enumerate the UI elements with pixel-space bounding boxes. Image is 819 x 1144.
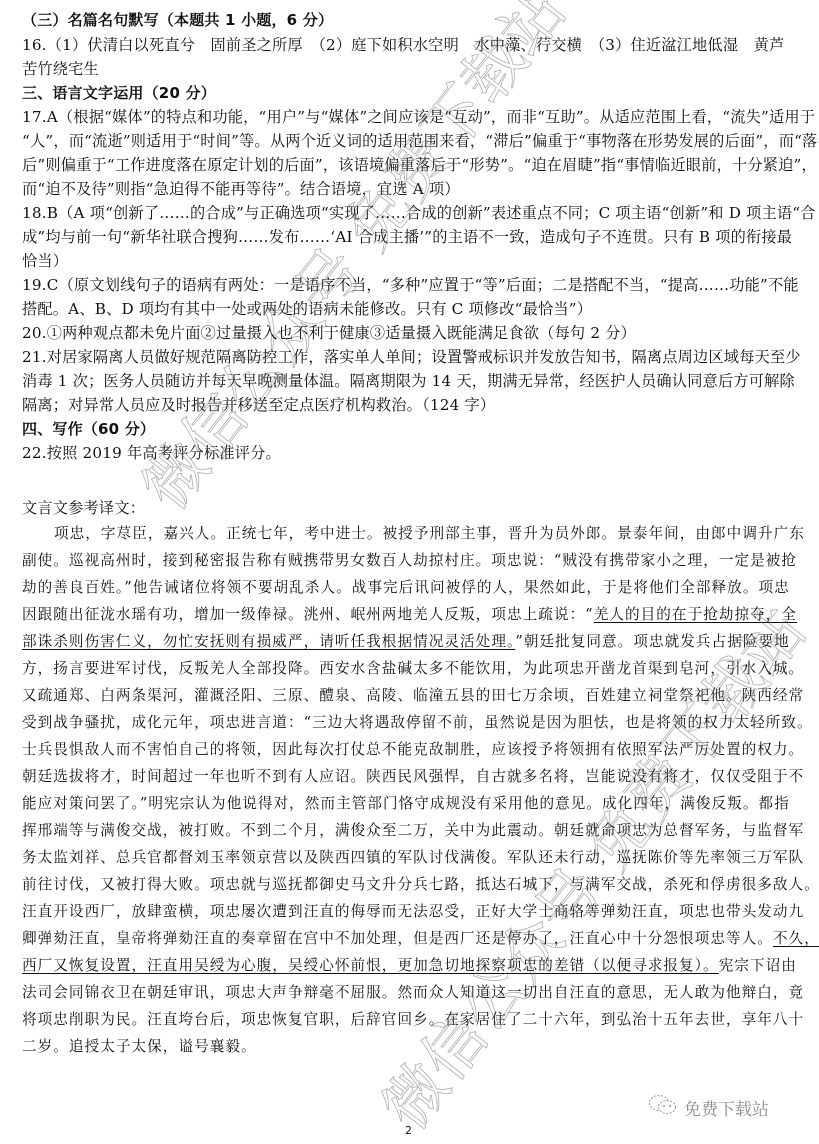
document-page: （三）名篇名句默写（本题共 1 小题，6 分） 16.（1）伏清白以死直兮 固前… [0,0,819,1144]
part3-heading: 三、语言文字运用（20 分） [22,81,798,105]
underlined-sentence: 西厂又恢复设置，汪直用吴绶为心腹，吴绶心怀前恨，更加急切地探察项忠的差错（以便寻… [22,957,719,974]
translation-line: 劫的善良百姓。”他告诫诸位将领不要胡乱杀人。战事完后讯问被俘的人，果然如此，于是… [22,576,798,600]
translation-line: 西厂又恢复设置，汪直用吴绶为心腹，吴绶心怀前恨，更加急切地探察项忠的差错（以便寻… [22,954,798,978]
translation-line: 前往讨伐，又被打得大败。项忠就与巡抚都御史马文升分兵七路，抵达石城下，与满军交战… [22,873,798,897]
answer-q18-line1: 18.B（A 项“创新了……的合成”与正确选项“实现了……合成的创新”表述重点不… [22,201,798,225]
translation-title: 文言文参考译文： [22,496,798,520]
translation-line: 能应对策问罢了。”明宪宗认为他说得对，然而主管部门恪守成规没有采用他的意见。成化… [22,792,798,816]
translation-line: 卿弹劾汪直，皇帝将弹劾汪直的奏章留在宫中不加处理，但是西厂还是停办了，汪直心中十… [22,927,798,951]
part4-heading: 四、写作（60 分） [22,417,798,441]
answer-q20: 20.①两种观点都未免片面②过量摄入也不利于健康③适量摄入既能满足食欲（每句 2… [22,321,798,345]
brand-watermark: 免费下载站 [648,1094,769,1121]
translation-line: 将项忠削职为民。汪直垮台后，项忠恢复官职，后辞官回乡。在家居住了二十六年，到弘治… [22,1008,798,1032]
translation-line: 方，扬言要进军讨伐，反叛羌人全部投降。西安水含盐碱太多不能饮用，为此项忠开凿龙首… [22,657,798,681]
answer-q17-line2: “人”，而“流逝”则适用于“时间”等。从两个近义词的适用范围来看，“滞后”偏重于… [22,129,798,153]
translation-line: 副使。巡视高州时，接到秘密报告称有贼携带男女数百人劫掠村庄。项忠说：“贼没有携带… [22,549,798,573]
underlined-sentence: 不久， [773,930,819,947]
underlined-sentence: 羌人的目的在于抢劫掠夺，全 [594,606,797,623]
translation-line: 朝廷选拔将才，时间超过一年也听不到有人应诏。陕西民风强悍，自古就多名将，岂能说没… [22,765,798,789]
translation-line: 士兵畏惧敌人而不害怕自己的将领，因此每次打仗总不能克敌制胜，应该授予将领拥有依照… [22,738,798,762]
translation-line: 又疏通郑、白两条渠河，灌溉泾阳、三原、醴泉、高陵、临潼五县的田七万余顷，百姓建立… [22,684,798,708]
answer-q21-line1: 21.对居家隔离人员做好规范隔离防控工作，落实单人单间；设置警戒标识并发放告知书… [22,345,798,369]
translation-line: 汪直开设西厂，放肆蛮横，项忠屡次遭到汪直的侮辱而无法忍受，正好大学士商辂等弹劾汪… [22,900,798,924]
translation-line: 部诛杀则伤害仁义，勿忙安抚则有损威严，请听任我根据情况灵活处理。”朝廷批复同意。… [22,630,798,654]
translation-text: 宪宗下诏由 [719,957,797,974]
answer-q17-line4: 而“迫不及待”则指“急迫得不能再等待”。结合语境，宜选 A 项） [22,177,798,201]
page-number: 2 [405,1124,412,1137]
translation-line: 因跟随出征泷水瑶有功，增加一级俸禄。洮州、岷州两地羌人反叛，项忠上疏说：“羌人的… [22,603,798,627]
brand-name: 免费下载站 [684,1095,769,1120]
answer-q18-line3: 恰当） [22,249,798,273]
answer-q19-line2: 搭配。A、B、D 项均有其中一处或两处的语病未能修改。只有 C 项修改“最恰当”… [22,297,798,321]
answer-q21-line3: 隔离；对异常人员应及时报告并移送至定点医疗机构救治。（124 字） [22,393,798,417]
translation-text: 卿弹劾汪直，皇帝将弹劾汪直的奏章留在宫中不加处理，但是西厂还是停办了，汪直心中十… [22,930,773,947]
answer-q16-line2: 苦竹绕宅生 [22,57,798,81]
answer-q17-line3: 后”则偏重于“工作进度落在原定计划的后面”，该语境偏重落后于“形势”。“迫在眉睫… [22,153,798,177]
answer-q19-line1: 19.C（原文划线句子的语病有两处：一是语序不当，“多种”应置于“等”后面；二是… [22,273,798,297]
translation-line: 挥邢端等与满俊交战，被打败。不到二个月，满俊众至二万，关中为此震动。朝廷就命项忠… [22,819,798,843]
translation-line: 受到战争骚扰，成化元年，项忠进言道：“三边大将遇敌停留不前，虽然说是因为胆怯，也… [22,711,798,735]
translation-line: 务太监刘祥、总兵官都督刘玉率领京营以及陕西四镇的军队讨伐满俊。军队还未行动，巡抚… [22,846,798,870]
answer-q16-line1: 16.（1）伏清白以死直兮 固前圣之所厚 （2）庭下如积水空明 水中藻、荇交横 … [22,33,798,57]
answer-q21-line2: 消毒 1 次；医务人员随访并每天早晚测量体温。隔离期限为 14 天，期满无异常，… [22,369,798,393]
translation-line: 二岁。追授太子太保，谥号襄毅。 [22,1035,798,1059]
answer-q17-line1: 17.A（根据“媒体”的特点和功能，“用户”与“媒体”之间应该是“互动”，而非“… [22,105,798,129]
translation-text: ”朝廷批复同意。项忠就发兵占据险要地 [515,633,789,650]
wechat-icon [648,1094,678,1121]
section-heading-famous-lines: （三）名篇名句默写（本题共 1 小题，6 分） [22,8,798,32]
answer-q22: 22.按照 2019 年高考评分标准评分。 [22,441,798,465]
underlined-sentence: 部诛杀则伤害仁义，勿忙安抚则有损威严，请听任我根据情况灵活处理。 [22,633,515,650]
translation-line: 项忠，字荩臣，嘉兴人。正统七年，考中进士。被授予刑部主事，晋升为员外郎。景泰年间… [54,522,798,546]
translation-line: 法司会同锦衣卫在朝廷审讯，项忠大声争辩毫不屈服。然而众人知道这一切出自汪直的意思… [22,981,798,1005]
answer-q18-line2: 成”均与前一句“新华社联合搜狗……发布……‘AI 合成主播’”的主语不一致，造成… [22,225,798,249]
translation-text: 因跟随出征泷水瑶有功，增加一级俸禄。洮州、岷州两地羌人反叛，项忠上疏说：“ [22,606,594,623]
